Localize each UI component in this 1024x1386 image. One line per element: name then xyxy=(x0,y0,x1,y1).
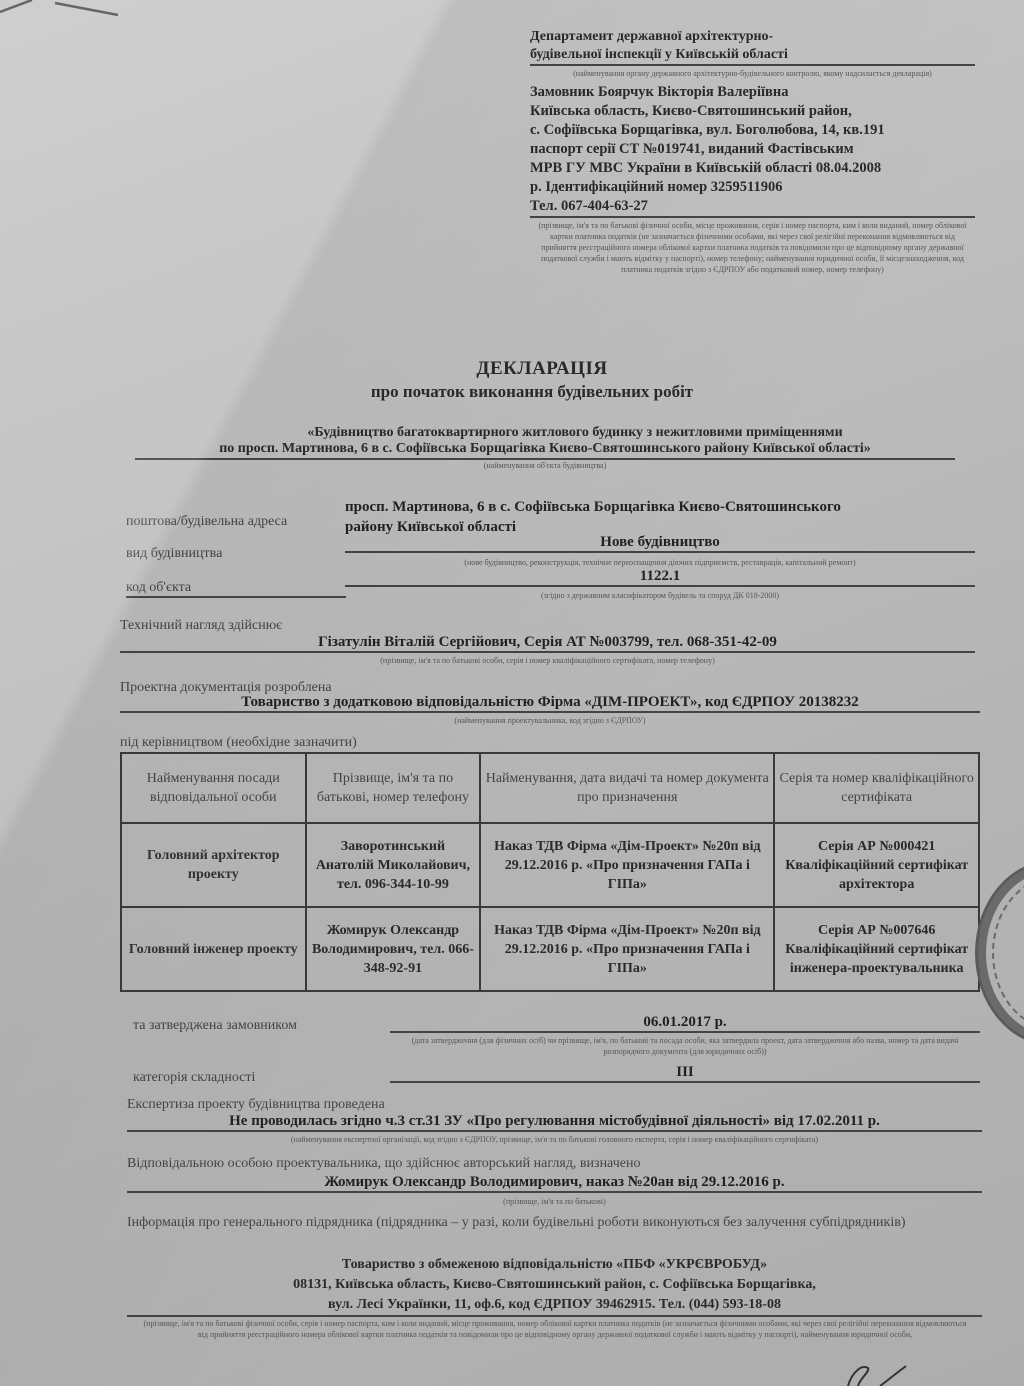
column-header: Серія та номер кваліфікаційного сертифік… xyxy=(774,753,979,823)
management-label: під керівництвом (необхідне зазначити) xyxy=(120,735,357,751)
object-code-label: код об'єкта xyxy=(126,580,346,598)
object-name-block: «Будівництво багатоквартирного житлового… xyxy=(135,425,955,471)
object-name-hint: (найменування об'єкта будівництва) xyxy=(135,460,955,471)
construction-type-value: Нове будівництво xyxy=(345,534,975,553)
table-row: Головний інженер проекту Жомирук Олексан… xyxy=(121,907,979,991)
cell-certificate: Серія АР №007646 Кваліфікаційний сертифі… xyxy=(774,907,979,991)
approval-label: та затверджена замовником xyxy=(133,1018,297,1034)
cell-person: Заворотинський Анатолій Миколайович, тел… xyxy=(306,823,481,907)
pen-mark xyxy=(0,0,200,30)
cell-position: Головний архітектор проекту xyxy=(121,823,306,907)
design-hint: (найменування проектувальника, код згідн… xyxy=(120,715,980,726)
applicant-line: Київська область, Києво-Святошинський ра… xyxy=(530,102,975,121)
table-header-row: Найменування посади відповідальної особи… xyxy=(121,753,979,823)
scanned-declaration-page: Департамент державної архітектурно- буді… xyxy=(0,0,1024,1386)
applicant-block: Замовник Боярчук Вікторія Валеріївна Киї… xyxy=(530,83,975,218)
construction-type-label: вид будівництва xyxy=(126,546,222,562)
expertise-hint: (найменування експертної організації, ко… xyxy=(127,1134,982,1145)
cell-certificate: Серія АР №000421 Кваліфікаційний сертифі… xyxy=(774,823,979,907)
department-line-1: Департамент державної архітектурно- xyxy=(530,28,975,46)
object-code-hint: (згідно з державним класифікатором будів… xyxy=(345,590,975,601)
object-name-line-2: по просп. Мартинова, 6 в с. Софіївська Б… xyxy=(135,441,955,460)
expertise-label: Експертиза проекту будівництва проведена xyxy=(127,1097,385,1113)
column-header: Найменування посади відповідальної особи xyxy=(121,753,306,823)
cell-document: Наказ ТДВ Фірма «Дім-Проект» №20п від 29… xyxy=(480,823,774,907)
title-subtitle: про початок виконання будівельних робіт xyxy=(0,382,1024,402)
contractor-line: вул. Лесі Українки, 11, оф.6, код ЄДРПОУ… xyxy=(127,1295,982,1317)
title-main: ДЕКЛАРАЦІЯ xyxy=(0,358,1024,380)
signature-icon xyxy=(840,1362,910,1386)
applicant-line: р. Ідентифікаційний номер 3259511906 xyxy=(530,178,975,197)
contractor-line: 08131, Київська область, Києво-Святошинс… xyxy=(127,1275,982,1295)
contractor-block: Товариство з обмеженою відповідальністю … xyxy=(127,1255,982,1317)
supervision-label: Технічний нагляд здійснює xyxy=(120,618,282,634)
applicant-hint: (прізвище, ім'я та по батькові фізичної … xyxy=(530,220,975,275)
applicant-line: Замовник Боярчук Вікторія Валеріївна xyxy=(530,83,975,102)
address-value: просп. Мартинова, 6 в с. Софіївська Борщ… xyxy=(345,497,965,537)
expertise-value: Не проводилась згідно ч.3 ст.31 ЗУ «Про … xyxy=(127,1113,982,1132)
author-supervision-value: Жомирук Олександр Володимирович, наказ №… xyxy=(127,1174,982,1193)
address-value-line-1: просп. Мартинова, 6 в с. Софіївська Борщ… xyxy=(345,497,965,517)
object-code-value: 1122.1 xyxy=(345,568,975,587)
applicant-line: паспорт серії СТ №019741, виданий Фастів… xyxy=(530,140,975,159)
author-supervision-hint: (прізвище, ім'я та по батькові) xyxy=(127,1196,982,1207)
cell-person: Жомирук Олександр Володимирович, тел. 06… xyxy=(306,907,481,991)
responsible-persons-table: Найменування посади відповідальної особи… xyxy=(120,752,980,992)
supervision-value: Гізатулін Віталій Сергійович, Серія АТ №… xyxy=(120,634,975,653)
construction-type-hint: (нове будівництво, реконструкція, техніч… xyxy=(345,557,975,568)
official-stamp-icon xyxy=(975,860,1024,1046)
object-name-line-1: «Будівництво багатоквартирного житлового… xyxy=(135,425,955,441)
address-label: поштова/будівельна адреса xyxy=(126,514,287,530)
supervision-hint: (прізвище, ім'я та по батькові особи, се… xyxy=(120,655,975,666)
approval-hint: (дата затвердження (для фізичних осіб) ч… xyxy=(390,1035,980,1057)
department-line-2: будівельної інспекції у Київській област… xyxy=(530,46,975,66)
author-supervision-label: Відповідальною особою проектувальника, щ… xyxy=(127,1156,640,1172)
table-row: Головний архітектор проекту Заворотинськ… xyxy=(121,823,979,907)
applicant-line: с. Софіївська Борщагівка, вул. Боголюбов… xyxy=(530,121,975,140)
complexity-label: категорія складності xyxy=(133,1070,255,1086)
contractor-label: Інформація про генерального підрядника (… xyxy=(127,1213,982,1232)
contractor-hint: (прізвище, ім'я та по батькові фізичної … xyxy=(140,1318,970,1340)
complexity-value: III xyxy=(390,1064,980,1083)
header-block: Департамент державної архітектурно- буді… xyxy=(530,28,975,275)
design-value: Товариство з додатковою відповідальністю… xyxy=(120,694,980,713)
department-hint: (найменування органу державного архітект… xyxy=(530,68,975,79)
column-header: Найменування, дата видачі та номер докум… xyxy=(480,753,774,823)
applicant-line: Тел. 067-404-63-27 xyxy=(530,197,975,216)
document-title: ДЕКЛАРАЦІЯ про початок виконання будівел… xyxy=(0,358,1024,402)
cell-document: Наказ ТДВ Фірма «Дім-Проект» №20п від 29… xyxy=(480,907,774,991)
cell-position: Головний інженер проекту xyxy=(121,907,306,991)
column-header: Прізвище, ім'я та по батькові, номер тел… xyxy=(306,753,481,823)
applicant-line: МРВ ГУ МВС України в Київській області 0… xyxy=(530,159,975,178)
approval-value: 06.01.2017 р. xyxy=(390,1014,980,1033)
contractor-line: Товариство з обмеженою відповідальністю … xyxy=(127,1255,982,1275)
